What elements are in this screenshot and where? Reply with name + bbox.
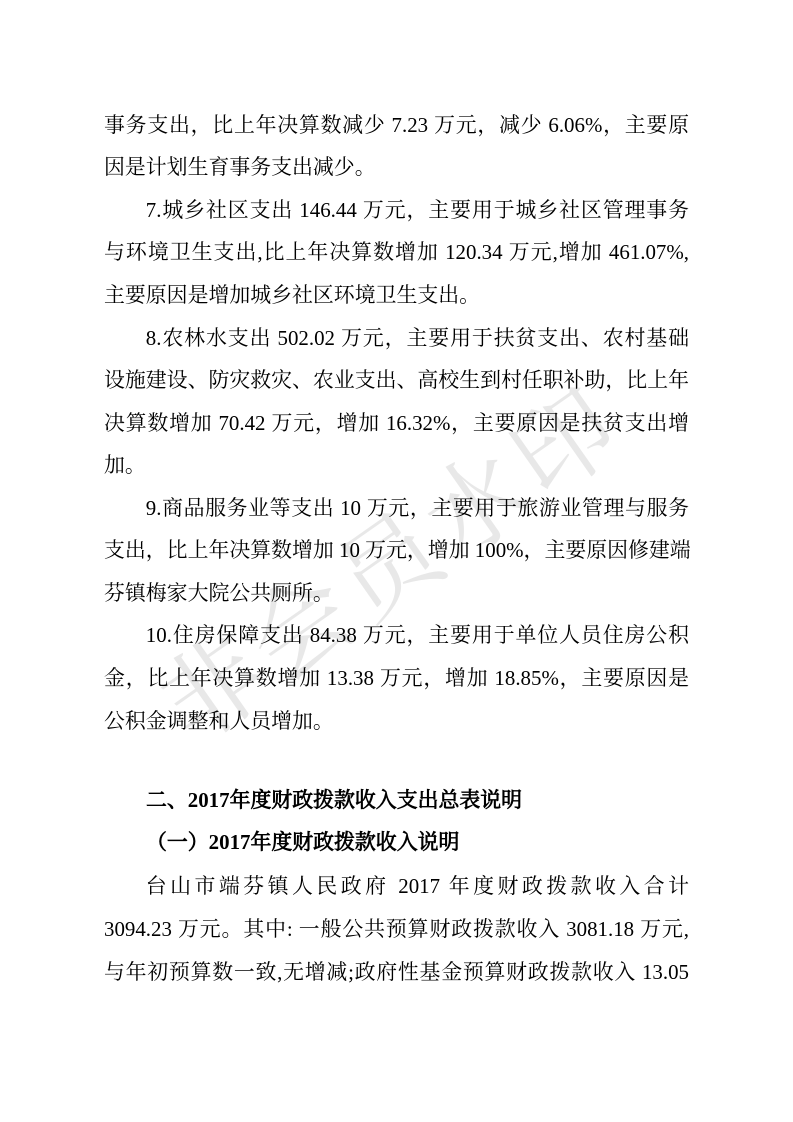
text-line: 与年初预算数一致,无增减;政府性基金预算财政拨款收入 13.05 <box>104 951 689 994</box>
text-line: 设施建设、防灾救灾、农业支出、高校生到村任职补助，比上年 <box>104 359 689 402</box>
text-line: 芬镇梅家大院公共厕所。 <box>104 572 689 615</box>
text-line: 事务支出，比上年决算数减少 7.23 万元，减少 6.06%，主要原 <box>104 104 689 147</box>
document-page: 非会员水印 事务支出，比上年决算数减少 7.23 万元，减少 6.06%，主要原… <box>0 0 793 1122</box>
text-line: 3094.23 万元。其中: 一般公共预算财政拨款收入 3081.18 万元, <box>104 908 689 951</box>
paragraph-item-8-agriculture-forestry-water: 8.农林水支出 502.02 万元，主要用于扶贫支出、农村基础 设施建设、防灾救… <box>104 317 689 487</box>
subsection-heading: （一）2017年度财政拨款收入说明 <box>146 821 459 863</box>
text-line: 10.住房保障支出 84.38 万元，主要用于单位人员住房公积 <box>104 614 689 657</box>
text-line: 8.农林水支出 502.02 万元，主要用于扶贫支出、农村基础 <box>104 317 689 360</box>
text-line: 支出，比上年决算数增加 10 万元，增加 100%，主要原因修建端 <box>104 529 689 572</box>
text-line: 加。 <box>104 444 689 487</box>
text-line: 公积金调整和人员增加。 <box>104 700 689 743</box>
text-line: 9.商品服务业等支出 10 万元，主要用于旅游业管理与服务 <box>104 487 689 530</box>
paragraph-fiscal-appropriation-income: 台山市端芬镇人民政府 2017 年度财政拨款收入合计 3094.23 万元。其中… <box>104 865 689 994</box>
paragraph-item-7-urban-rural-community: 7.城乡社区支出 146.44 万元，主要用于城乡社区管理事务 与环境卫生支出,… <box>104 189 689 317</box>
text-line: 决算数增加 70.42 万元，增加 16.32%，主要原因是扶贫支出增 <box>104 402 689 445</box>
paragraph-family-planning-continuation: 事务支出，比上年决算数减少 7.23 万元，减少 6.06%，主要原 因是计划生… <box>104 104 689 189</box>
text-line: 台山市端芬镇人民政府 2017 年度财政拨款收入合计 <box>104 865 689 908</box>
paragraph-item-9-commerce-services: 9.商品服务业等支出 10 万元，主要用于旅游业管理与服务 支出，比上年决算数增… <box>104 487 689 615</box>
body-text: 事务支出，比上年决算数减少 7.23 万元，减少 6.06%，主要原 因是计划生… <box>104 104 689 742</box>
text-line: 因是计划生育事务支出减少。 <box>104 146 689 189</box>
section-heading: 二、2017年度财政拨款收入支出总表说明 <box>146 779 522 821</box>
text-line: 7.城乡社区支出 146.44 万元，主要用于城乡社区管理事务 <box>104 189 689 232</box>
text-line: 主要原因是增加城乡社区环境卫生支出。 <box>104 274 689 317</box>
text-line: 与环境卫生支出,比上年决算数增加 120.34 万元,增加 461.07%, <box>104 231 689 274</box>
text-line: 金，比上年决算数增加 13.38 万元，增加 18.85%，主要原因是 <box>104 657 689 700</box>
paragraph-item-10-housing-security: 10.住房保障支出 84.38 万元，主要用于单位人员住房公积 金，比上年决算数… <box>104 614 689 742</box>
